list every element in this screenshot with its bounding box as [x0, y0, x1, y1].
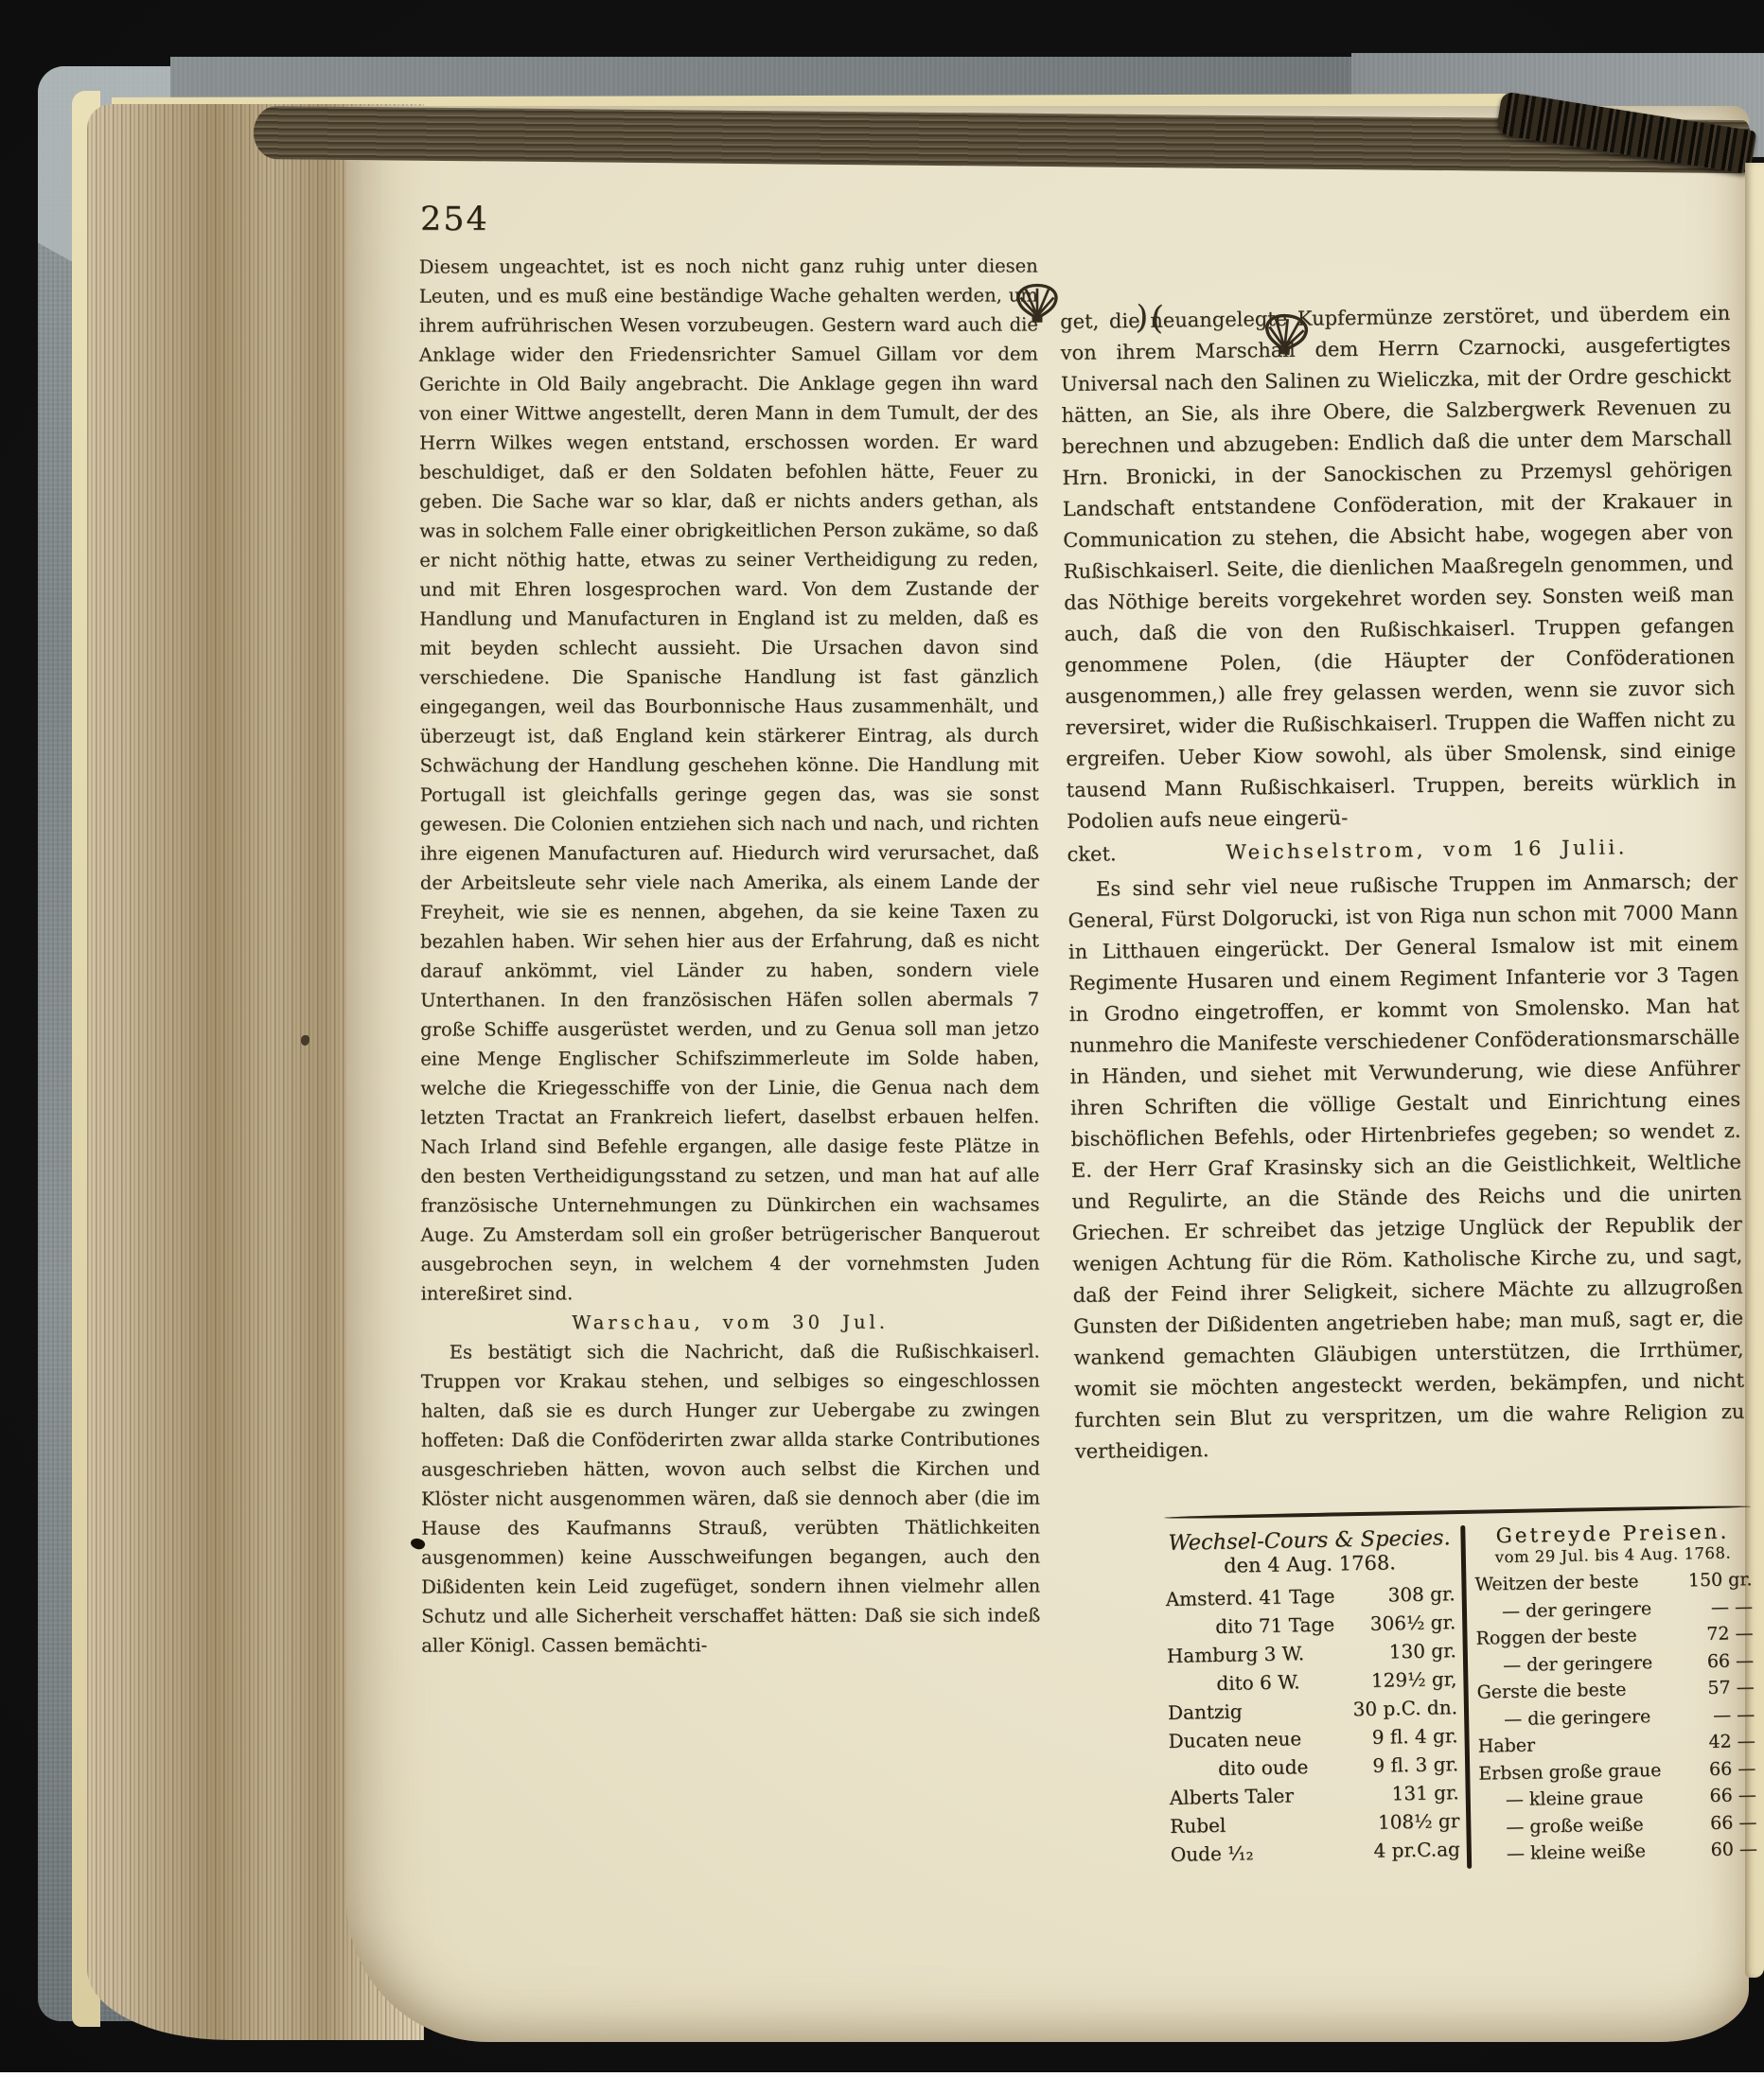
row-value: — —	[1711, 1593, 1754, 1621]
row-label: Weitzen der beste	[1474, 1568, 1639, 1598]
row-label: — kleine weiße	[1507, 1838, 1647, 1867]
row-label: Amsterd. 41 Tage	[1165, 1582, 1334, 1613]
row-label: Ducaten neue	[1168, 1724, 1301, 1755]
row-value: 66 —	[1709, 1782, 1756, 1809]
row-value: 60 —	[1710, 1836, 1757, 1863]
section-heading-weichselstrom: Weichselstrom, vom 16 Julii.	[1116, 831, 1737, 871]
paragraph-warschau: Es bestätigt sich die Nachricht, daß die…	[421, 1336, 1041, 1660]
row-value: 66 —	[1707, 1647, 1755, 1675]
row-label: Roggen der beste	[1475, 1622, 1637, 1652]
row-label: Oude ¹⁄₁₂	[1171, 1839, 1254, 1869]
table-rows: Amsterd. 41 Tage308 gr.dito 71 Tage306½ …	[1165, 1579, 1460, 1869]
row-label: dito 6 W.	[1216, 1667, 1300, 1698]
row-label: Alberts Taler	[1169, 1781, 1294, 1812]
row-label: Erbsen große graue	[1478, 1756, 1662, 1787]
wechsel-cours-table: Wechsel-Cours & Species. den 4 Aug. 1768…	[1164, 1525, 1464, 1874]
paragraph-london-news: Diesem ungeachtet, ist es noch nicht gan…	[419, 251, 1040, 1308]
row-value: 30 p.C. dn.	[1352, 1693, 1457, 1723]
row-label: dito oude	[1218, 1752, 1309, 1783]
page-number: 254	[420, 201, 489, 238]
row-value: 306½ gr.	[1369, 1608, 1455, 1638]
row-label: — der geringere	[1502, 1595, 1652, 1626]
table-rows: Weitzen der beste150 gr.— der geringere—…	[1474, 1566, 1757, 1868]
row-label: Haber	[1477, 1733, 1535, 1761]
row-value: 4 pr.C.ag	[1373, 1835, 1460, 1865]
row-value: 66 —	[1709, 1755, 1756, 1783]
row-value: 108½ gr	[1378, 1806, 1460, 1837]
row-label: Rubel	[1170, 1811, 1226, 1840]
paragraph-warschau-continued: get, die neuangelegte Kupfermünze zerstö…	[1060, 298, 1737, 837]
row-value: 9 fl. 4 gr.	[1371, 1721, 1457, 1751]
market-tables: Wechsel-Cours & Species. den 4 Aug. 1768…	[1164, 1505, 1757, 1874]
row-label: Hamburg 3 W.	[1167, 1639, 1305, 1670]
row-value: 9 fl. 3 gr.	[1372, 1750, 1458, 1780]
row-label: dito 71 Tage	[1215, 1611, 1334, 1641]
scanned-book-photo: 254 )( Diesem ungeachtet, ist es noch ni…	[0, 0, 1764, 2077]
getreyde-preisen-table: Getreyde Preisen. vom 29 Jul. bis 4 Aug.…	[1473, 1520, 1757, 1868]
paragraph-weichselstrom: Es sind sehr viel neue rußische Truppen …	[1067, 866, 1745, 1468]
row-value: 66 —	[1710, 1809, 1757, 1837]
row-value: 72 —	[1706, 1620, 1754, 1647]
right-column: get, die neuangelegte Kupfermünze zerstö…	[1060, 298, 1745, 1468]
row-label: — die geringere	[1504, 1703, 1651, 1733]
row-value: 42 —	[1708, 1728, 1755, 1755]
row-value: 129½ gr,	[1371, 1664, 1457, 1695]
row-value: 57 —	[1707, 1674, 1755, 1701]
row-value: 130 gr.	[1388, 1636, 1456, 1665]
row-value: — —	[1713, 1701, 1755, 1729]
row-label: — kleine graue	[1506, 1784, 1644, 1813]
scan-edge-strip	[0, 2072, 1764, 2077]
table-row: — kleine weiße60 —	[1480, 1836, 1757, 1868]
row-value: 131 gr.	[1391, 1778, 1459, 1807]
row-label: Dantzig	[1168, 1697, 1243, 1727]
row-value: 308 gr.	[1387, 1579, 1455, 1609]
row-label: — der geringere	[1503, 1649, 1653, 1680]
section-heading-warschau: Warschau, vom 30 Jul.	[421, 1307, 1040, 1337]
section-heading-row: cket. Weichselstrom, vom 16 Julii.	[1067, 831, 1737, 871]
row-label: Gerste die beste	[1476, 1677, 1626, 1707]
row-label: — große weiße	[1506, 1811, 1644, 1840]
left-column: Diesem ungeachtet, ist es noch nicht gan…	[419, 251, 1041, 1660]
table-row: Oude ¹⁄₁₂4 pr.C.ag	[1171, 1835, 1461, 1869]
runin-word: cket.	[1067, 838, 1116, 871]
row-value: 150 gr.	[1688, 1566, 1753, 1594]
